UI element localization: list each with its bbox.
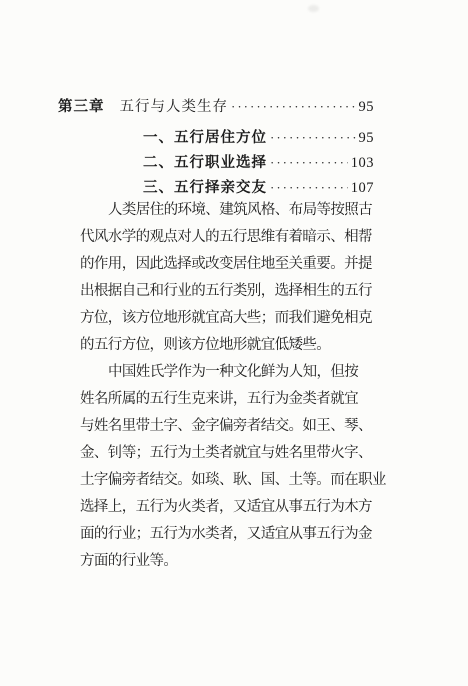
toc-item-title: 二、五行职业选择 [143, 151, 267, 172]
text-line: 金、钊等；五行为土类者就宜与姓名里带火字、 [80, 440, 392, 467]
chapter-title: 五行与人类生存 [120, 95, 229, 116]
text-line: 选择上，五行为火类者，又适宜从事五行为木方 [80, 494, 392, 521]
scan-smudge [308, 5, 319, 12]
text-line: 土字偏旁者结交。如琰、耿、国、土等。而在职业 [80, 467, 392, 494]
text-line: 方位，该方位地形就宜高大些；而我们避免相克 [80, 305, 392, 332]
toc-item-page-number: 103 [351, 155, 374, 172]
text-line: 中国姓氏学作为一种文化鲜为人知，但按 [80, 359, 392, 386]
dot-leader: ········································… [270, 155, 348, 171]
chapter-page-number: 95 [359, 99, 375, 116]
text-line: 出根据自己和行业的五行类别，选择相生的五行 [80, 278, 392, 305]
body-text: 人类居住的环境、建筑风格、布局等按照古代风水学的观点对人的五行思维有着暗示、相帮… [80, 197, 392, 575]
toc-item-row: 二、五行职业选择 ·······························… [143, 151, 374, 176]
text-line: 人类居住的环境、建筑风格、布局等按照古 [80, 197, 392, 224]
text-line: 方面的行业等。 [80, 548, 392, 575]
chapter-label: 第三章 [58, 95, 105, 116]
text-line: 的五行方位，则该方位地形就宜低矮些。 [80, 332, 392, 359]
table-of-contents: 第三章 五行与人类生存 ····························… [58, 95, 374, 201]
text-line: 代风水学的观点对人的五行思维有着暗示、相帮 [80, 224, 392, 251]
dot-leader: ········································… [270, 130, 356, 146]
dot-leader: ········································… [231, 99, 356, 115]
toc-item-title: 三、五行择亲交友 [143, 176, 267, 197]
book-page: 第三章 五行与人类生存 ····························… [0, 0, 468, 686]
text-line: 与姓名里带土字、金字偏旁者结交。如王、琴、 [80, 413, 392, 440]
text-line: 的作用，因此选择或改变居住地至关重要。并提 [80, 251, 392, 278]
text-line: 面的行业；五行为水类者，又适宜从事五行为金 [80, 521, 392, 548]
dot-leader: ········································… [270, 180, 348, 196]
toc-item-page-number: 107 [351, 180, 374, 197]
text-line: 姓名所属的五行生克来讲，五行为金类者就宜 [80, 386, 392, 413]
toc-item-page-number: 95 [359, 130, 375, 147]
toc-chapter-row: 第三章 五行与人类生存 ····························… [58, 95, 374, 119]
toc-item-title: 一、五行居住方位 [143, 126, 267, 147]
paragraph: 中国姓氏学作为一种文化鲜为人知，但按姓名所属的五行生克来讲，五行为金类者就宜与姓… [80, 359, 392, 575]
paragraph: 人类居住的环境、建筑风格、布局等按照古代风水学的观点对人的五行思维有着暗示、相帮… [80, 197, 392, 359]
toc-item-row: 一、五行居住方位 ·······························… [143, 126, 374, 151]
